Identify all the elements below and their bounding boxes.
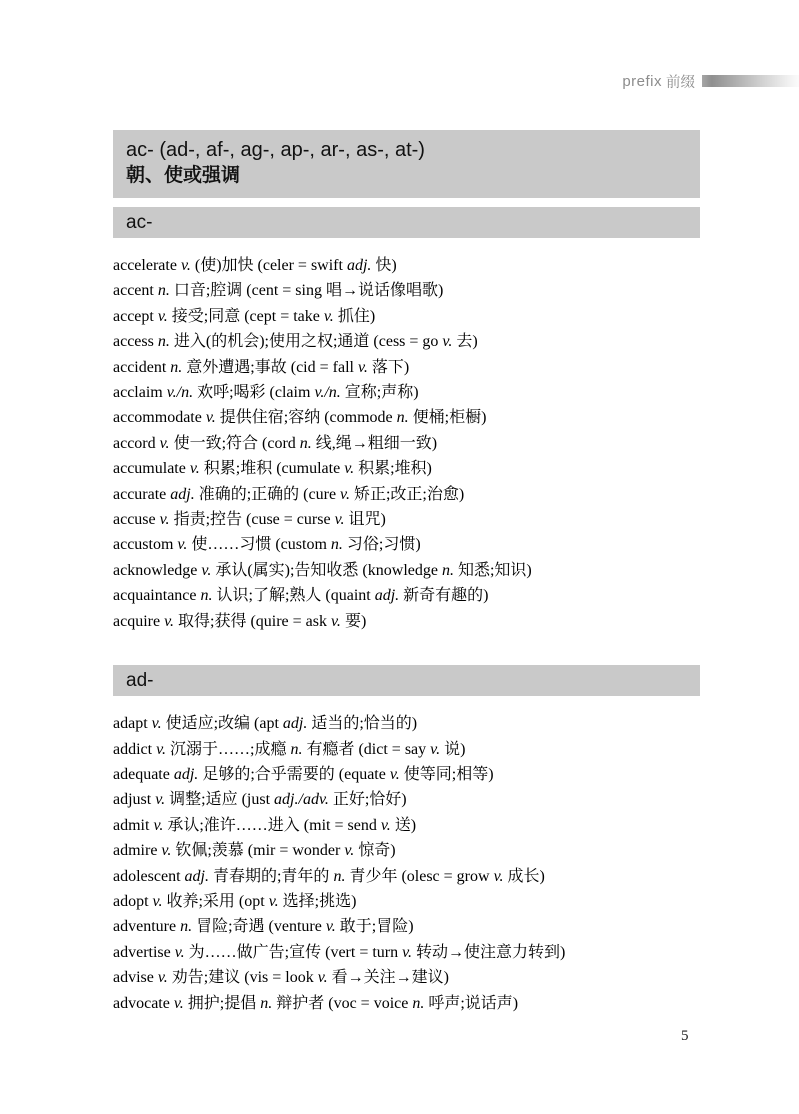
entry-text: 抓住): [334, 308, 375, 325]
entry-text: acquire: [113, 613, 164, 630]
entry-text: accept: [113, 308, 158, 325]
word-entry: adopt v. 收养;采用 (opt v. 选择;挑选): [113, 889, 773, 914]
entry-text: acknowledge: [113, 562, 201, 579]
entry-text: 使……习惯 (custom: [187, 536, 331, 553]
part-of-speech: v.: [153, 893, 163, 910]
entry-text: 足够的;合乎需要的 (equate: [198, 766, 390, 783]
entry-text: 接受;同意 (cept = take: [168, 308, 324, 325]
part-of-speech: n.: [260, 995, 272, 1012]
part-of-speech: v.: [177, 536, 187, 553]
part-of-speech: v.: [326, 918, 336, 935]
entry-text: adolescent: [113, 868, 185, 885]
word-entry: accident n. 意外遭遇;事故 (cid = fall v. 落下): [113, 355, 773, 380]
part-of-speech: v.: [331, 613, 341, 630]
entry-text: 选择;挑选): [279, 893, 357, 910]
entry-text: 线,绳→粗细一致): [312, 435, 437, 452]
entry-text: accelerate: [113, 257, 181, 274]
section-header-ad: ad-: [113, 665, 700, 696]
running-head: prefix 前缀: [0, 71, 799, 91]
entry-text: 矫正;改正;治愈): [350, 486, 464, 503]
word-entry: accent n. 口音;腔调 (cent = sing 唱→说话像唱歌): [113, 278, 773, 303]
entry-text: 正好;恰好): [329, 791, 407, 808]
entry-text: accuse: [113, 511, 160, 528]
entry-text: 使等同;相等): [400, 766, 494, 783]
part-of-speech: n.: [158, 333, 170, 350]
entry-text: 积累;堆积): [354, 460, 432, 477]
part-of-speech: v.: [324, 308, 334, 325]
part-of-speech: v.: [269, 893, 279, 910]
entry-text: 劝告;建议 (vis = look: [168, 969, 318, 986]
word-entry: adventure n. 冒险;奇遇 (venture v. 敢于;冒险): [113, 914, 773, 939]
word-entry: adequate adj. 足够的;合乎需要的 (equate v. 使等同;相…: [113, 762, 773, 787]
entry-text: 承认(属实);告知收悉 (knowledge: [211, 562, 442, 579]
part-of-speech: v.: [155, 791, 165, 808]
part-of-speech: v.: [318, 969, 328, 986]
part-of-speech: n.: [333, 868, 345, 885]
part-of-speech: v.: [190, 460, 200, 477]
entry-text: 说): [440, 741, 465, 758]
part-of-speech: v.: [402, 944, 412, 961]
entry-text: 进入(的机会);使用之权;通道 (cess = go: [170, 333, 443, 350]
entry-text: accumulate: [113, 460, 190, 477]
entry-text: acclaim: [113, 384, 167, 401]
prefix-title-variants: ac- (ad-, af-, ag-, ap-, ar-, as-, at-): [126, 137, 687, 163]
entry-text: access: [113, 333, 158, 350]
part-of-speech: v.: [206, 409, 216, 426]
entry-text: 调整;适应 (just: [165, 791, 274, 808]
part-of-speech: adj.: [375, 587, 399, 604]
word-entry: accelerate v. (使)加快 (celer = swift adj. …: [113, 253, 773, 278]
part-of-speech: v.: [160, 435, 170, 452]
part-of-speech: v.: [340, 486, 350, 503]
entry-text: 收养;采用 (opt: [162, 893, 268, 910]
part-of-speech: adj.: [185, 868, 209, 885]
prefix-title-box: ac- (ad-, af-, ag-, ap-, ar-, as-, at-) …: [113, 130, 700, 198]
entry-text: 意外遭遇;事故 (cid = fall: [182, 359, 358, 376]
part-of-speech: v.: [152, 715, 162, 732]
word-entry: accurate adj. 准确的;正确的 (cure v. 矫正;改正;治愈): [113, 482, 773, 507]
word-entry: accustom v. 使……习惯 (custom n. 习俗;习惯): [113, 532, 773, 557]
entry-text: 冒险;奇遇 (venture: [192, 918, 326, 935]
entry-text: 去): [452, 333, 477, 350]
entry-text: 敢于;冒险): [336, 918, 414, 935]
part-of-speech: v.: [494, 868, 504, 885]
word-entry: accumulate v. 积累;堆积 (cumulate v. 积累;堆积): [113, 456, 773, 481]
entry-text: 取得;获得 (quire = ask: [174, 613, 331, 630]
entry-text: advocate: [113, 995, 174, 1012]
word-entry: admit v. 承认;准许……进入 (mit = send v. 送): [113, 813, 773, 838]
part-of-speech: v.: [156, 741, 166, 758]
word-entry: access n. 进入(的机会);使用之权;通道 (cess = go v. …: [113, 329, 773, 354]
word-entry: advise v. 劝告;建议 (vis = look v. 看→关注→建议): [113, 965, 773, 990]
entry-text: 成长): [503, 868, 544, 885]
entry-list: adapt v. 使适应;改编 (apt adj. 适当的;恰当的)addict…: [113, 711, 773, 1016]
entry-text: 提供住宿;容纳 (commode: [216, 409, 397, 426]
entry-text: 转动→使注意力转到): [412, 944, 565, 961]
entry-text: advise: [113, 969, 158, 986]
part-of-speech: v.: [381, 817, 391, 834]
entry-text: 认识;了解;熟人 (quaint: [213, 587, 375, 604]
part-of-speech: v.: [335, 511, 345, 528]
part-of-speech: v.: [442, 333, 452, 350]
entry-text: 看→关注→建议): [328, 969, 449, 986]
part-of-speech: v.: [158, 308, 168, 325]
entry-text: 积累;堆积 (cumulate: [200, 460, 344, 477]
running-head-label-en: prefix: [622, 73, 662, 90]
entry-text: (使)加快 (celer = swift: [191, 257, 347, 274]
part-of-speech: v.: [153, 817, 163, 834]
part-of-speech: n.: [170, 359, 182, 376]
part-of-speech: adj.: [347, 257, 371, 274]
part-of-speech: n.: [412, 995, 424, 1012]
entry-text: addict: [113, 741, 156, 758]
entry-text: 青少年 (olesc = grow: [345, 868, 493, 885]
entry-text: 落下): [368, 359, 409, 376]
entry-text: admit: [113, 817, 153, 834]
word-entry: acknowledge v. 承认(属实);告知收悉 (knowledge n.…: [113, 558, 773, 583]
entry-list: accelerate v. (使)加快 (celer = swift adj. …: [113, 253, 773, 634]
entry-text: 青春期的;青年的: [209, 868, 333, 885]
part-of-speech: v.: [164, 613, 174, 630]
part-of-speech: adj.: [283, 715, 307, 732]
running-head-label-zh: 前缀: [666, 71, 695, 92]
entry-text: 使一致;符合 (cord: [170, 435, 300, 452]
word-entry: accord v. 使一致;符合 (cord n. 线,绳→粗细一致): [113, 431, 773, 456]
entry-text: 快): [371, 257, 396, 274]
entry-text: 准确的;正确的 (cure: [195, 486, 340, 503]
gradient-bar: [702, 75, 799, 87]
entry-text: 为……做广告;宣传 (vert = turn: [185, 944, 402, 961]
entry-text: 辩护者 (voc = voice: [272, 995, 412, 1012]
entry-text: adapt: [113, 715, 152, 732]
entry-text: 口音;腔调 (cent = sing 唱→说话像唱歌): [170, 282, 443, 299]
entry-text: 沉溺于……;成瘾: [166, 741, 290, 758]
part-of-speech: v.: [175, 944, 185, 961]
part-of-speech: v.: [344, 842, 354, 859]
word-entry: adapt v. 使适应;改编 (apt adj. 适当的;恰当的): [113, 711, 773, 736]
entry-text: 有瘾者 (dict = say: [302, 741, 430, 758]
part-of-speech: n.: [201, 587, 213, 604]
prefix-section: ad- adapt v. 使适应;改编 (apt adj. 适当的;恰当的)ad…: [113, 665, 700, 1016]
word-entry: addict v. 沉溺于……;成瘾 n. 有瘾者 (dict = say v.…: [113, 737, 773, 762]
entry-text: 便桶;柜橱): [409, 409, 487, 426]
entry-text: admire: [113, 842, 161, 859]
part-of-speech: v.: [358, 359, 368, 376]
part-of-speech: n.: [442, 562, 454, 579]
entry-text: accurate: [113, 486, 170, 503]
part-of-speech: v./n.: [314, 384, 340, 401]
section-header-ac: ac-: [113, 207, 700, 238]
entry-text: 惊奇): [354, 842, 395, 859]
word-entry: advertise v. 为……做广告;宣传 (vert = turn v. 转…: [113, 940, 773, 965]
prefix-section: ac- accelerate v. (使)加快 (celer = swift a…: [113, 207, 700, 634]
entry-text: 知悉;知识): [454, 562, 532, 579]
part-of-speech: adj./adv.: [274, 791, 329, 808]
part-of-speech: n.: [290, 741, 302, 758]
part-of-speech: n.: [300, 435, 312, 452]
part-of-speech: v.: [430, 741, 440, 758]
entry-text: adequate: [113, 766, 174, 783]
entry-text: 习俗;习惯): [343, 536, 421, 553]
part-of-speech: v.: [161, 842, 171, 859]
part-of-speech: v.: [160, 511, 170, 528]
word-entry: adjust v. 调整;适应 (just adj./adv. 正好;恰好): [113, 787, 773, 812]
entry-text: advertise: [113, 944, 175, 961]
prefix-title-meaning: 朝、使或强调: [126, 163, 687, 189]
entry-text: 送): [391, 817, 416, 834]
sections-host: ac- accelerate v. (使)加快 (celer = swift a…: [113, 207, 700, 1016]
entry-text: 承认;准许……进入 (mit = send: [163, 817, 380, 834]
word-entry: accuse v. 指责;控告 (cuse = curse v. 诅咒): [113, 507, 773, 532]
word-entry: advocate v. 拥护;提倡 n. 辩护者 (voc = voice n.…: [113, 991, 773, 1016]
page-number: 5: [681, 1028, 689, 1045]
entry-text: 欢呼;喝彩 (claim: [193, 384, 314, 401]
entry-text: 钦佩;羡慕 (mir = wonder: [171, 842, 344, 859]
entry-text: 拥护;提倡: [184, 995, 260, 1012]
part-of-speech: n.: [180, 918, 192, 935]
entry-text: 呼声;说话声): [424, 995, 518, 1012]
entry-text: accommodate: [113, 409, 206, 426]
word-entry: accommodate v. 提供住宿;容纳 (commode n. 便桶;柜橱…: [113, 405, 773, 430]
entry-text: accent: [113, 282, 158, 299]
entry-text: adjust: [113, 791, 155, 808]
part-of-speech: v.: [201, 562, 211, 579]
part-of-speech: n.: [158, 282, 170, 299]
word-entry: acclaim v./n. 欢呼;喝彩 (claim v./n. 宣称;声称): [113, 380, 773, 405]
entry-text: 指责;控告 (cuse = curse: [170, 511, 335, 528]
word-entry: adolescent adj. 青春期的;青年的 n. 青少年 (olesc =…: [113, 864, 773, 889]
entry-text: adventure: [113, 918, 180, 935]
part-of-speech: n.: [331, 536, 343, 553]
part-of-speech: v.: [390, 766, 400, 783]
part-of-speech: n.: [397, 409, 409, 426]
part-of-speech: v.: [174, 995, 184, 1012]
word-entry: acquaintance n. 认识;了解;熟人 (quaint adj. 新奇…: [113, 583, 773, 608]
entry-text: accord: [113, 435, 160, 452]
part-of-speech: v.: [181, 257, 191, 274]
part-of-speech: adj.: [174, 766, 198, 783]
entry-text: accustom: [113, 536, 177, 553]
word-entry: accept v. 接受;同意 (cept = take v. 抓住): [113, 304, 773, 329]
entry-text: 新奇有趣的): [399, 587, 488, 604]
entry-text: 诅咒): [344, 511, 385, 528]
part-of-speech: v./n.: [167, 384, 193, 401]
part-of-speech: v.: [344, 460, 354, 477]
word-entry: admire v. 钦佩;羡慕 (mir = wonder v. 惊奇): [113, 838, 773, 863]
entry-text: 宣称;声称): [341, 384, 419, 401]
part-of-speech: v.: [158, 969, 168, 986]
word-entry: acquire v. 取得;获得 (quire = ask v. 要): [113, 609, 773, 634]
entry-text: 适当的;恰当的): [307, 715, 417, 732]
page-content: ac- (ad-, af-, ag-, ap-, ar-, as-, at-) …: [113, 130, 700, 1016]
part-of-speech: adj.: [170, 486, 194, 503]
entry-text: accident: [113, 359, 170, 376]
entry-text: 使适应;改编 (apt: [162, 715, 283, 732]
entry-text: acquaintance: [113, 587, 201, 604]
entry-text: 要): [341, 613, 366, 630]
entry-text: adopt: [113, 893, 153, 910]
